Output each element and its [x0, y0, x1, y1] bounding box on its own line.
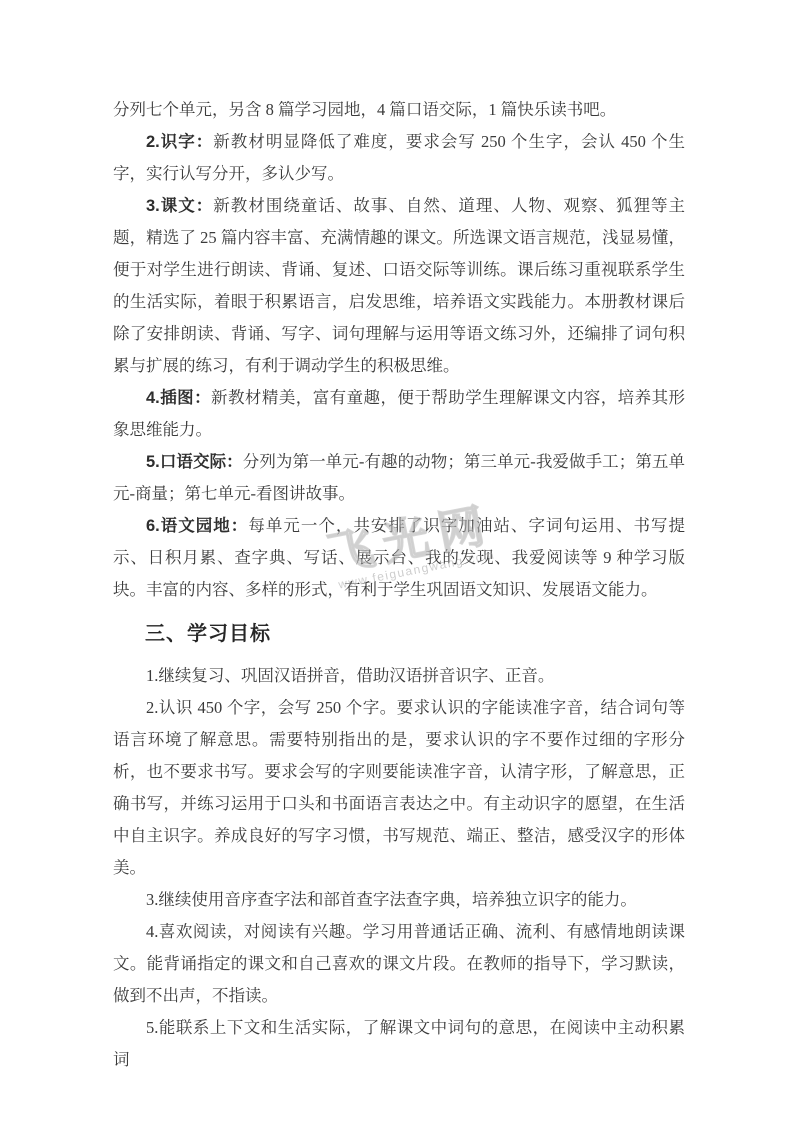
para-section-oral-communication: 5.口语交际：分列为第一单元-有趣的动物；第三单元-我爱做手工；第五单元-商量；… [113, 446, 685, 510]
para-section-literacy: 2.识字：新教材明显降低了难度，要求会写 250 个生字，会认 450 个生字，… [113, 126, 685, 190]
objective-item-2: 2.认识 450 个字，会写 250 个字。要求认识的字能读准字音，结合词句等语… [113, 692, 685, 884]
objective-item-1: 1.继续复习、巩固汉语拼音，借助汉语拼音识字、正音。 [113, 660, 685, 692]
document-page: 分列七个单元，另含 8 篇学习园地，4 篇口语交际，1 篇快乐读书吧。 2.识字… [0, 0, 793, 1122]
section-label-oral-communication: 5.口语交际： [146, 453, 243, 471]
para-intro-continuation: 分列七个单元，另含 8 篇学习园地，4 篇口语交际，1 篇快乐读书吧。 [113, 94, 685, 126]
document-text-block: 分列七个单元，另含 8 篇学习园地，4 篇口语交际，1 篇快乐读书吧。 2.识字… [113, 94, 685, 1076]
objective-item-4: 4.喜欢阅读，对阅读有兴趣。学习用普通话正确、流利、有感情地朗读课文。能背诵指定… [113, 916, 685, 1012]
heading-learning-goals: 三、学习目标 [113, 617, 685, 651]
objective-item-3: 3.继续使用音序查字法和部首查字法查字典，培养独立识字的能力。 [113, 884, 685, 916]
section-label-illustrations: 4.插图： [146, 389, 211, 407]
section-text-texts: 新教材围绕童话、故事、自然、道理、人物、观察、狐狸等主题，精选了 25 篇内容丰… [113, 196, 685, 375]
section-label-literacy: 2.识字： [146, 133, 213, 151]
para-section-texts: 3.课文：新教材围绕童话、故事、自然、道理、人物、观察、狐狸等主题，精选了 25… [113, 190, 685, 382]
section-label-language-garden: 6.语文园地： [146, 517, 248, 535]
objective-item-5: 5.能联系上下文和生活实际，了解课文中词句的意思，在阅读中主动积累词 [113, 1012, 685, 1076]
para-section-language-garden: 6.语文园地：每单元一个，共安排了识字加油站、字词句运用、书写提示、日积月累、查… [113, 510, 685, 606]
para-section-illustrations: 4.插图：新教材精美，富有童趣，便于帮助学生理解课文内容，培养其形象思维能力。 [113, 382, 685, 446]
section-label-texts: 3.课文： [146, 197, 213, 215]
